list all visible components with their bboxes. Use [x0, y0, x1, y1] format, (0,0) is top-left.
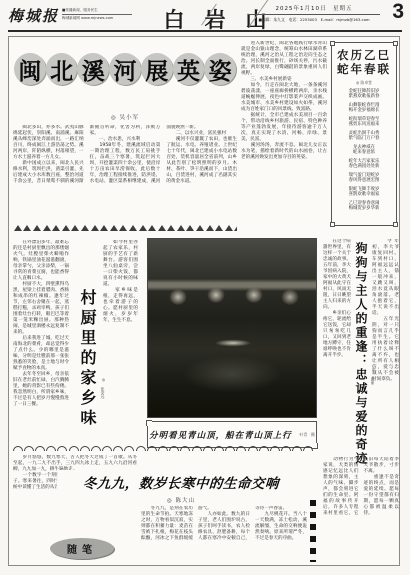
headline-char: 溪 — [77, 53, 109, 85]
essay-label-badge: 随笔 — [50, 538, 114, 559]
box-corner-notch — [393, 41, 398, 46]
couplet-item: 金蛇狂舞辞旧岁 紫燕欢歌报新春 — [335, 89, 393, 100]
main-headline: 闽 北 溪 河 展 英 姿 — [14, 53, 236, 85]
couplets-byline: ◎ 陈卓堂 — [335, 80, 393, 86]
couplet-item: 瑞气盈门迎蛇岁 春风得意展宏图 — [335, 173, 393, 184]
main-article-continued-column: 进入新世纪，闽北各地践行绿水青山就是金山银山理念，统筹山水林田湖草系统治理，溪河… — [241, 41, 327, 233]
couplets-title-line2: 蛇年春联 — [335, 63, 393, 77]
dog-article-title: 狗狗与主人的重逢：忠诚与爱的奇迹 — [346, 242, 370, 474]
page-content-frame: 闽 北 溪 河 展 英 姿 ◎ 吴小军 闽北多山，亦多水。武夷山脉绵延起伏，崇阳… — [8, 36, 400, 566]
bridge-reflection-photo — [147, 238, 317, 418]
village-article-right-column: 如今村里办起了农家乐，村厨的手艺有了新舞台。游客们围坐八仙桌旁，尝一口柴火饭，都… — [103, 240, 138, 440]
editor-contact-line: ■编辑：朱九文 电话：2253003 E-mail：mjmzb@163.com — [248, 17, 380, 23]
headline-char: 闽 — [14, 53, 46, 85]
zigzag-divider — [13, 223, 237, 231]
page-number: 3 — [392, 0, 404, 24]
couplet-item: 灵蛇出洞千山秀 紫气临门万户春 — [335, 131, 393, 142]
masthead-slogan: ■传播新闻，服务民生 — [62, 8, 132, 15]
winter-article-body: 冬九九，是刻在农历里的生命节拍。天寒地冻之时，万物看似沉寂，实则都在积蓄力量：麦… — [141, 506, 307, 562]
box-corner-notch — [330, 41, 335, 46]
couplet-item: 银蛇飞舞丰收岁 喜鹊欢歌幸福家 — [335, 187, 393, 198]
headline-char: 姿 — [204, 53, 236, 85]
main-article-body: 闽北多山，亦多水。武夷山脉绵延起伏，崇阳溪、南浦溪、麻阳溪从峰峦深处奔涌而出，一… — [13, 125, 237, 221]
village-article-left-column: 在外漂泊多年，最难忘的还是村厨里飘出的那缕烟火气。灶膛里柴火噼啪作响，铁锅里油花… — [13, 240, 69, 440]
couplet-line: 紫气临门万户春 — [335, 136, 393, 141]
couplet-item: 乙巳迎春春意闹 梅城贺岁岁华新 — [335, 201, 393, 212]
couplets-title-line1: 农历乙巳 — [335, 49, 393, 63]
headline-char: 英 — [173, 53, 205, 85]
headline-char: 展 — [141, 53, 173, 85]
box-corner-notch — [393, 222, 398, 227]
winter-article-title: 冬九九，数岁长寒中的生命交响 — [56, 470, 306, 494]
couplet-line: 燕剪东风送福来 — [335, 122, 393, 127]
photo-credit: 叶青 摄 — [300, 432, 315, 438]
dateline: 2025年1月10日 星期五 ■编辑：朱九文 电话：2253003 E-mail… — [248, 4, 380, 23]
dog-article-right-column: 今年初，李大爷康复回村。车到村口，阿福远远认出主人，箭一般冲来，又跳又叫，泪水竟… — [372, 239, 399, 453]
masthead-subtext: ■传播新闻，服务民生 梅城新闻网 www.mjnews.com — [62, 8, 132, 20]
photo-caption: 分明看见青山顶，船在青山顶上行 — [149, 429, 292, 441]
couplet-line: 蛇来春意浓 — [335, 150, 393, 155]
decorative-block-strip — [310, 500, 316, 562]
couplet-item: 蛇衔瑞草迎春至 燕剪东风送福来 — [335, 117, 393, 128]
spring-couplets-box: 农历乙巳 蛇年春联 ◎ 陈卓堂 金蛇狂舞辞旧岁 紫燕欢歌报新春 山舞银蛇春烂漫 … — [331, 42, 397, 226]
header-rule — [8, 30, 402, 32]
couplet-line: 紫燕欢歌报新春 — [335, 94, 393, 99]
main-article-byline: ◎ 吴小军 — [14, 113, 236, 121]
couplet-line: 喜鹊欢歌幸福家 — [335, 192, 393, 197]
couplet-item: 山舞银蛇春烂漫 梅开金岁福绵长 — [335, 103, 393, 114]
couplet-line: 春风得意展宏图 — [335, 178, 393, 183]
village-article-title: 村厨里的家乡味 — [72, 275, 98, 443]
publication-date: 2025年1月10日 星期五 — [248, 4, 380, 15]
headline-char: 北 — [46, 53, 78, 85]
caption-corner-ornament — [146, 420, 152, 426]
newspaper-masthead: 梅城报 — [8, 5, 59, 26]
essay-body: 岁月悠悠，数九寒天，古人把冬天过成了一首歌。从冬至起，一九二九不出手，三九四九冰… — [13, 455, 137, 535]
headline-char: 河 — [109, 53, 141, 85]
couplet-line: 梅城贺岁岁华新 — [335, 206, 393, 211]
couplet-item: 龙去神威在 蛇来春意浓 — [335, 145, 393, 156]
dog-article-bottom-text: 动物行为学家说，犬类的情感记忆远比人们想象的深刻，主人的气味、脚步声，都会刻进它… — [323, 457, 399, 562]
couplet-item: 蛇年大吉家家乐 春色满园处处新 — [335, 159, 393, 170]
couplet-line: 春色满园处处新 — [335, 164, 393, 169]
masthead-website: 梅城新闻网 www.mjnews.com — [62, 16, 132, 21]
scallop-divider — [12, 444, 318, 451]
couplet-line: 梅开金岁福绵长 — [335, 108, 393, 113]
winter-article-byline: ◎ 陈大山 — [57, 496, 305, 504]
box-corner-notch — [330, 222, 335, 227]
